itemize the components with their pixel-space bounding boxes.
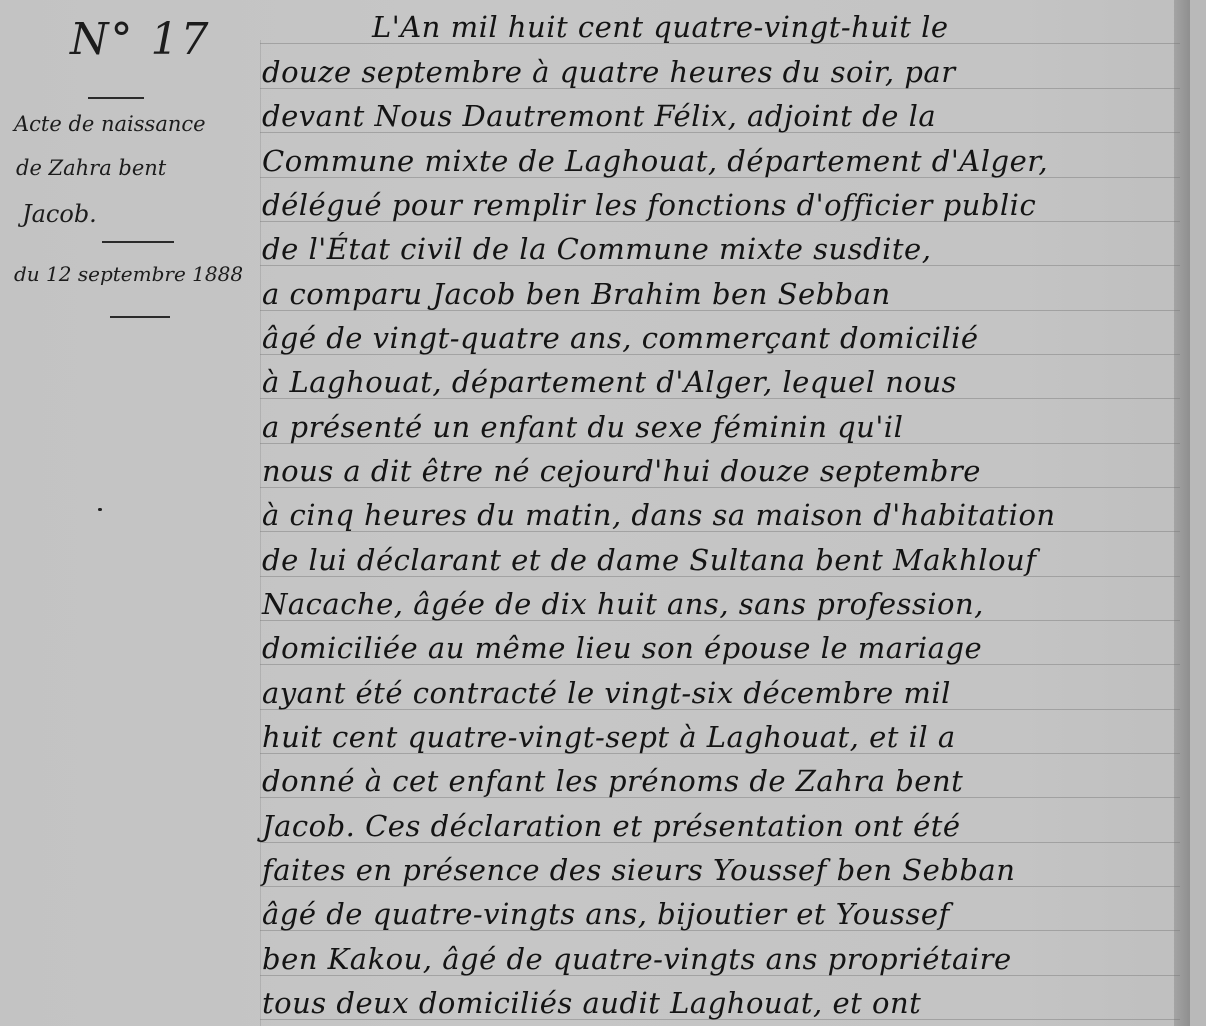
- record-line: Nacache, âgée de dix huit ans, sans prof…: [262, 587, 984, 631]
- record-line: donné à cet enfant les prénoms de Zahra …: [262, 764, 963, 808]
- record-line: ayant été contracté le vingt-six décembr…: [262, 676, 951, 720]
- record-line: âgé de vingt-quatre ans, commerçant domi…: [262, 321, 979, 365]
- margin-rule: [260, 40, 261, 1026]
- margin-title-line: de Zahra bent: [16, 156, 166, 180]
- record-line: douze septembre à quatre heures du soir,…: [262, 55, 956, 99]
- record-line: faites en présence des sieurs Youssef be…: [262, 853, 1015, 897]
- register-page: N° 17 Acte de naissance de Zahra bent Ja…: [0, 0, 1190, 1026]
- margin-title-line: Acte de naissance: [14, 112, 206, 136]
- record-line: à cinq heures du matin, dans sa maison d…: [262, 498, 1056, 542]
- record-line: délégué pour remplir les fonctions d'off…: [262, 188, 1036, 232]
- record-line: a comparu Jacob ben Brahim ben Sebban: [262, 277, 891, 321]
- separator-rule: [102, 241, 174, 243]
- page-edge: [1174, 0, 1190, 1026]
- record-line: Jacob. Ces déclaration et présentation o…: [262, 809, 961, 853]
- record-line: Commune mixte de Laghouat, département d…: [262, 144, 1048, 188]
- record-line: domiciliée au même lieu son épouse le ma…: [262, 631, 982, 675]
- record-line: a présenté un enfant du sexe féminin qu'…: [262, 410, 903, 454]
- separator-rule: [88, 97, 144, 99]
- record-line: tous deux domiciliés audit Laghouat, et …: [262, 986, 921, 1026]
- record-line: L'An mil huit cent quatre-vingt-huit le: [372, 10, 949, 54]
- record-line: de lui déclarant et de dame Sultana bent…: [262, 543, 1036, 587]
- record-line: de l'État civil de la Commune mixte susd…: [262, 232, 931, 276]
- record-line: ben Kakou, âgé de quatre-vingts ans prop…: [262, 942, 1012, 986]
- record-line: huit cent quatre-vingt-sept à Laghouat, …: [262, 720, 956, 764]
- act-date: du 12 septembre 1888: [14, 262, 243, 286]
- ink-speck: [98, 508, 102, 511]
- record-line: âgé de quatre-vingts ans, bijoutier et Y…: [262, 897, 950, 941]
- record-line: nous a dit être né cejourd'hui douze sep…: [262, 454, 981, 498]
- record-line: à Laghouat, département d'Alger, lequel …: [262, 365, 957, 409]
- record-line: devant Nous Dautremont Félix, adjoint de…: [262, 99, 936, 143]
- act-number: N° 17: [70, 14, 210, 65]
- separator-rule: [110, 316, 170, 318]
- margin-title-line: Jacob.: [22, 200, 97, 228]
